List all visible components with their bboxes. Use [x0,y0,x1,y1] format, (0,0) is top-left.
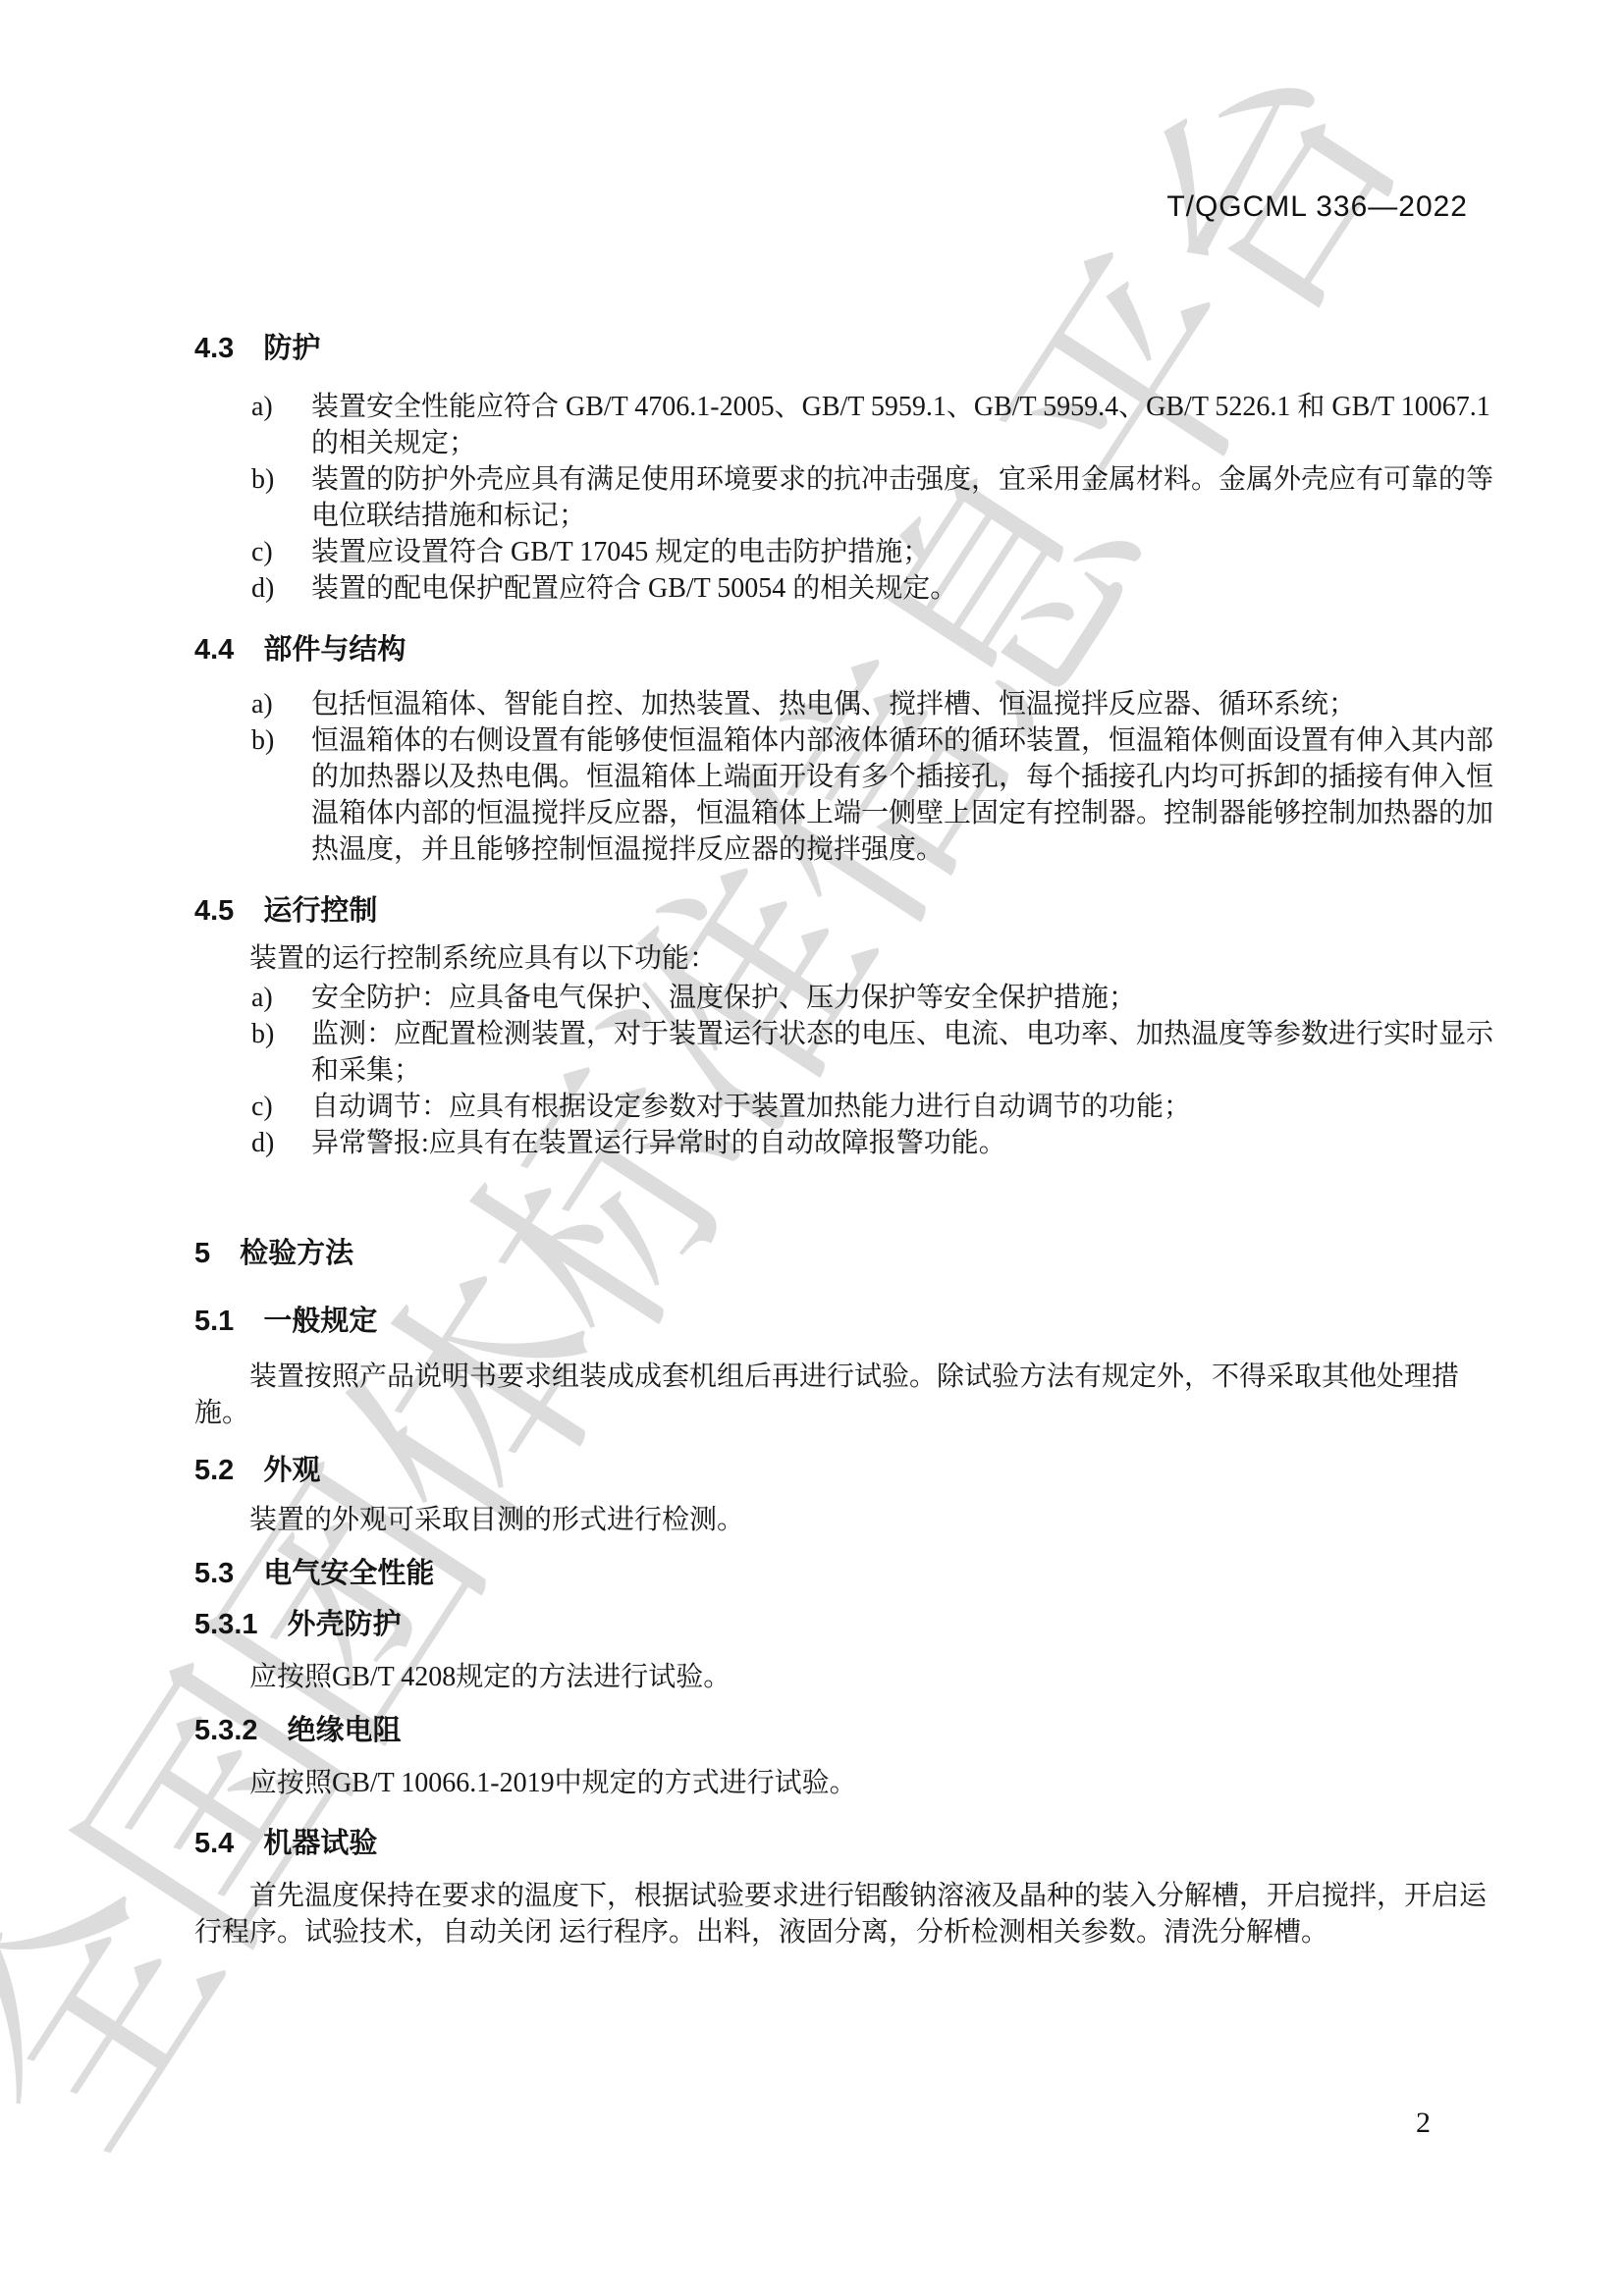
item-label: c) [251,1089,311,1125]
item-text: 监测：应配置检测装置，对于装置运行状态的电压、电流、电功率、加热温度等参数进行实… [311,1016,1502,1089]
section-title: 外观 [263,1455,320,1486]
section-heading-5-4: 5.4机器试验 [194,1825,1502,1862]
section-number: 5.2 [194,1455,234,1486]
section-number: 5.3.1 [194,1609,258,1640]
item-label: b) [251,722,311,868]
list-item: a) 装置安全性能应符合 GB/T 4706.1-2005、GB/T 5959.… [251,389,1502,461]
paragraph: 装置按照产品说明书要求组装成成套机组后再进行试验。除试验方法有规定外，不得采取其… [194,1359,1502,1431]
section-number: 5.4 [194,1828,234,1859]
item-text: 装置应设置符合 GB/T 17045 规定的电击防护措施； [311,534,1502,570]
list-item: b) 监测：应配置检测装置，对于装置运行状态的电压、电流、电功率、加热温度等参数… [251,1016,1502,1089]
item-text: 装置的配电保护配置应符合 GB/T 50054 的相关规定。 [311,570,1502,607]
section-title: 防护 [263,333,320,364]
paragraph: 应按照GB/T 10066.1-2019中规定的方式进行试验。 [194,1765,1502,1801]
item-label: c) [251,534,311,570]
section-number: 5.1 [194,1306,234,1337]
section-4-5-intro: 装置的运行控制系统应具有以下功能： [194,940,1502,977]
section-title: 机器试验 [263,1828,377,1859]
item-label: b) [251,1016,311,1089]
list-item: a) 安全防护：应具备电气保护、温度保护、压力保护等安全保护措施； [251,980,1502,1016]
item-text: 安全防护：应具备电气保护、温度保护、压力保护等安全保护措施； [311,980,1502,1016]
item-label: a) [251,980,311,1016]
paragraph: 首先温度保持在要求的温度下，根据试验要求进行铝酸钠溶液及晶种的装入分解槽，开启搅… [194,1878,1502,1950]
list-item: b) 恒温箱体的右侧设置有能够使恒温箱体内部液体循环的循环装置，恒温箱体侧面设置… [251,722,1502,868]
list-item: a) 包括恒温箱体、智能自控、加热装置、热电偶、搅拌槽、恒温搅拌反应器、循环系统… [251,686,1502,722]
item-label: a) [251,686,311,722]
item-label: a) [251,389,311,461]
section-title: 部件与结构 [263,634,406,666]
section-heading-5-3: 5.3电气安全性能 [194,1555,1502,1592]
page-number: 2 [1416,2107,1431,2140]
item-text: 恒温箱体的右侧设置有能够使恒温箱体内部液体循环的循环装置，恒温箱体侧面设置有伸入… [311,722,1502,868]
section-heading-4-5: 4.5运行控制 [194,892,1502,930]
section-title: 运行控制 [263,895,377,927]
item-label: d) [251,570,311,607]
document-page: 全国团体标准信息平台 T/QGCML 336—2022 4.3防护 a) 装置安… [0,0,1624,2296]
section-number: 4.3 [194,333,234,364]
section-heading-5-3-2: 5.3.2绝缘电阻 [194,1712,1502,1749]
item-text: 异常警报:应具有在装置运行异常时的自动故障报警功能。 [311,1125,1502,1161]
section-heading-4-3: 4.3防护 [194,330,1502,367]
section-title: 一般规定 [263,1306,377,1337]
list-item: c) 自动调节：应具有根据设定参数对于装置加热能力进行自动调节的功能； [251,1089,1502,1125]
section-number: 4.5 [194,895,234,927]
list-item: b) 装置的防护外壳应具有满足使用环境要求的抗冲击强度，宜采用金属材料。金属外壳… [251,461,1502,534]
section-title: 检验方法 [240,1238,353,1269]
paragraph: 应按照GB/T 4208规定的方法进行试验。 [194,1659,1502,1695]
section-heading-5-1: 5.1一般规定 [194,1303,1502,1340]
item-text: 自动调节：应具有根据设定参数对于装置加热能力进行自动调节的功能； [311,1089,1502,1125]
section-number: 5.3 [194,1558,234,1589]
list-item: d) 装置的配电保护配置应符合 GB/T 50054 的相关规定。 [251,570,1502,607]
section-title: 外壳防护 [288,1609,402,1640]
item-text: 装置安全性能应符合 GB/T 4706.1-2005、GB/T 5959.1、G… [311,389,1502,461]
section-number: 5 [194,1238,210,1269]
section-number: 4.4 [194,634,234,666]
paragraph: 装置的外观可采取目测的形式进行检测。 [194,1502,1502,1538]
list-item: c) 装置应设置符合 GB/T 17045 规定的电击防护措施； [251,534,1502,570]
section-4-3-list: a) 装置安全性能应符合 GB/T 4706.1-2005、GB/T 5959.… [194,389,1502,607]
section-heading-5-3-1: 5.3.1外壳防护 [194,1606,1502,1643]
section-heading-4-4: 4.4部件与结构 [194,631,1502,668]
section-4-5-list: a) 安全防护：应具备电气保护、温度保护、压力保护等安全保护措施； b) 监测：… [194,980,1502,1161]
document-body: 4.3防护 a) 装置安全性能应符合 GB/T 4706.1-2005、GB/T… [194,0,1502,1950]
section-4-4-list: a) 包括恒温箱体、智能自控、加热装置、热电偶、搅拌槽、恒温搅拌反应器、循环系统… [194,686,1502,868]
item-text: 装置的防护外壳应具有满足使用环境要求的抗冲击强度，宜采用金属材料。金属外壳应有可… [311,461,1502,534]
list-item: d) 异常警报:应具有在装置运行异常时的自动故障报警功能。 [251,1125,1502,1161]
section-heading-5: 5检验方法 [194,1235,1502,1272]
section-title: 绝缘电阻 [288,1715,402,1746]
item-text: 包括恒温箱体、智能自控、加热装置、热电偶、搅拌槽、恒温搅拌反应器、循环系统； [311,686,1502,722]
section-number: 5.3.2 [194,1715,258,1746]
item-label: d) [251,1125,311,1161]
section-heading-5-2: 5.2外观 [194,1452,1502,1489]
section-title: 电气安全性能 [263,1558,434,1589]
item-label: b) [251,461,311,534]
